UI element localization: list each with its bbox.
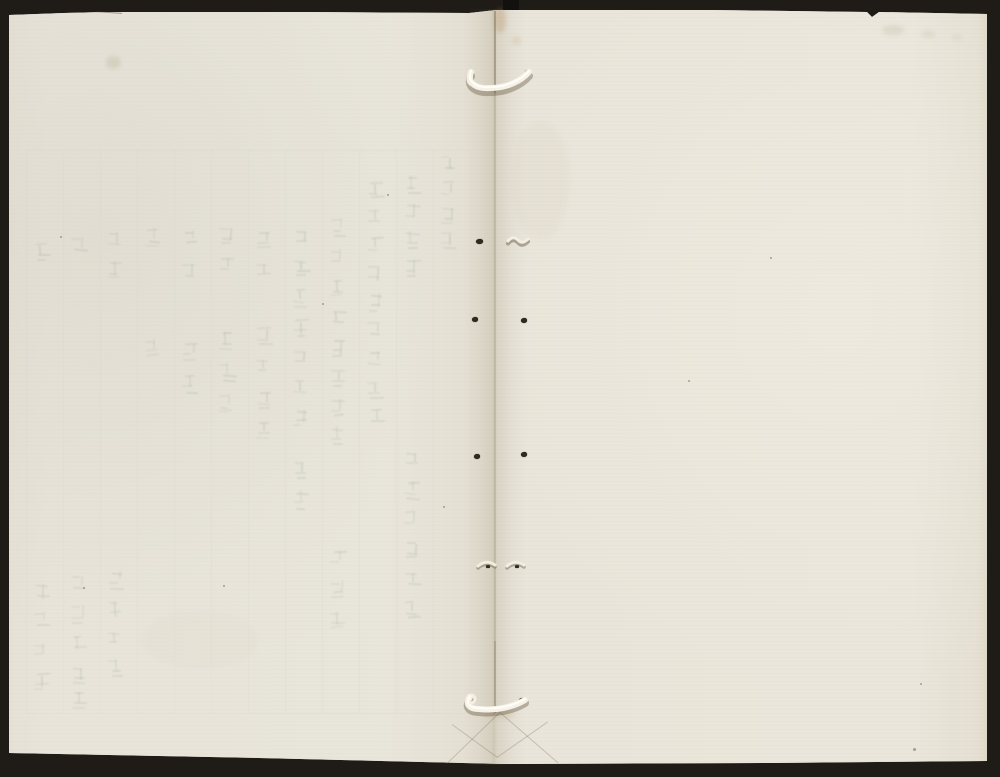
paper-stain — [952, 34, 962, 41]
binding-hole — [474, 454, 480, 459]
fly-speck — [322, 303, 324, 305]
fly-speck — [443, 506, 445, 508]
binding-hole — [476, 239, 483, 244]
binding-hole — [525, 70, 531, 75]
fold-crease-segment — [494, 93, 496, 641]
binding-hole — [486, 565, 490, 568]
paper-stain — [140, 610, 260, 670]
paper-stain — [510, 120, 570, 240]
fly-speck — [920, 683, 922, 685]
fly-speck — [223, 585, 225, 587]
right-page-blank-recto — [494, 9, 987, 765]
paper-stain — [882, 25, 904, 35]
paper-stain — [106, 56, 121, 69]
fly-speck — [83, 587, 85, 589]
photograph-of-open-stitched-volume: { "scene": { "description": "Open stab-b… — [0, 0, 1000, 777]
fly-speck — [770, 257, 772, 259]
fly-speck — [60, 236, 62, 238]
paper-stain — [512, 36, 521, 45]
binding-hole — [521, 452, 527, 457]
paper-stain — [494, 7, 506, 33]
fold-crease-segment — [494, 641, 496, 713]
fly-speck — [387, 194, 389, 196]
binding-hole — [521, 318, 527, 323]
fly-speck — [913, 748, 916, 751]
binding-hole — [472, 317, 478, 322]
binding-hole — [515, 565, 519, 568]
paper-stain — [921, 30, 935, 38]
spine-gap — [503, 0, 519, 10]
binding-hole — [519, 698, 525, 703]
fly-speck — [688, 380, 690, 382]
